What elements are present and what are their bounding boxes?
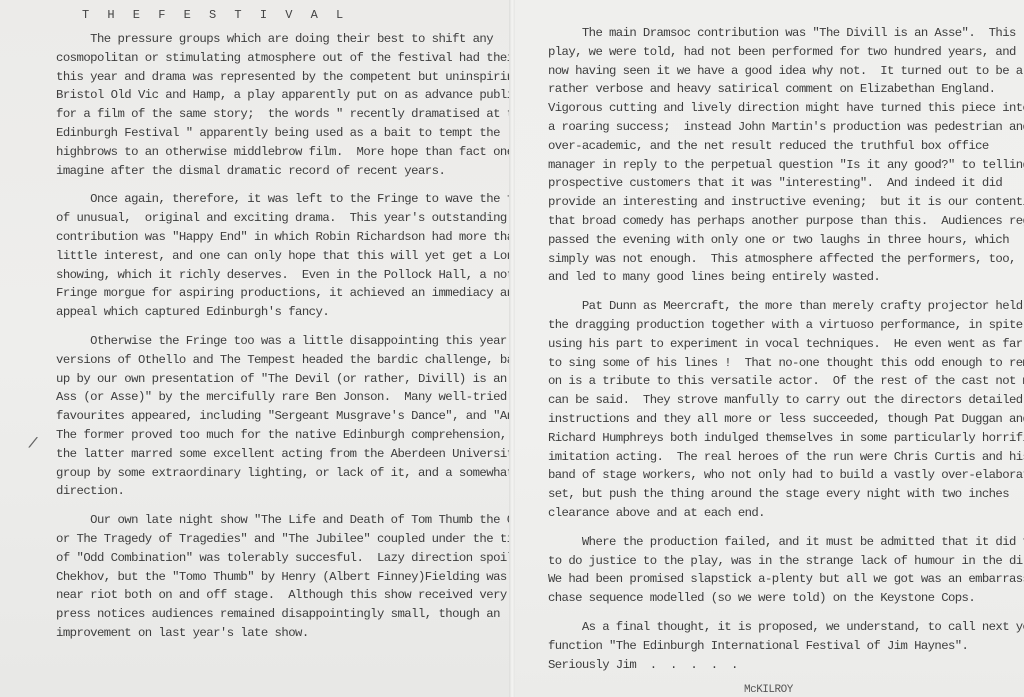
author-signature: McKILROY [744,684,1024,696]
paragraph: Where the production failed, and it must… [548,533,1024,608]
left-page: T H E F E S T I V A L The pressure group… [0,0,512,697]
paragraph: Otherwise the Fringe too was a little di… [56,332,512,501]
article-title: T H E F E S T I V A L [82,8,512,22]
paragraph: Our own late night show "The Life and De… [56,511,512,643]
page-gutter [509,0,515,697]
paragraph: Once again, therefore, it was left to th… [56,190,512,322]
paragraph: As a final thought, it is proposed, we u… [548,618,1024,674]
paragraph: The pressure groups which are doing thei… [56,30,512,180]
margin-mark: / [27,434,40,453]
right-page: The main Dramsoc contribution was "The D… [512,0,1024,697]
paragraph: Pat Dunn as Meercraft, the more than mer… [548,297,1024,523]
document-spread: T H E F E S T I V A L The pressure group… [0,0,1024,697]
paragraph: The main Dramsoc contribution was "The D… [548,24,1024,287]
